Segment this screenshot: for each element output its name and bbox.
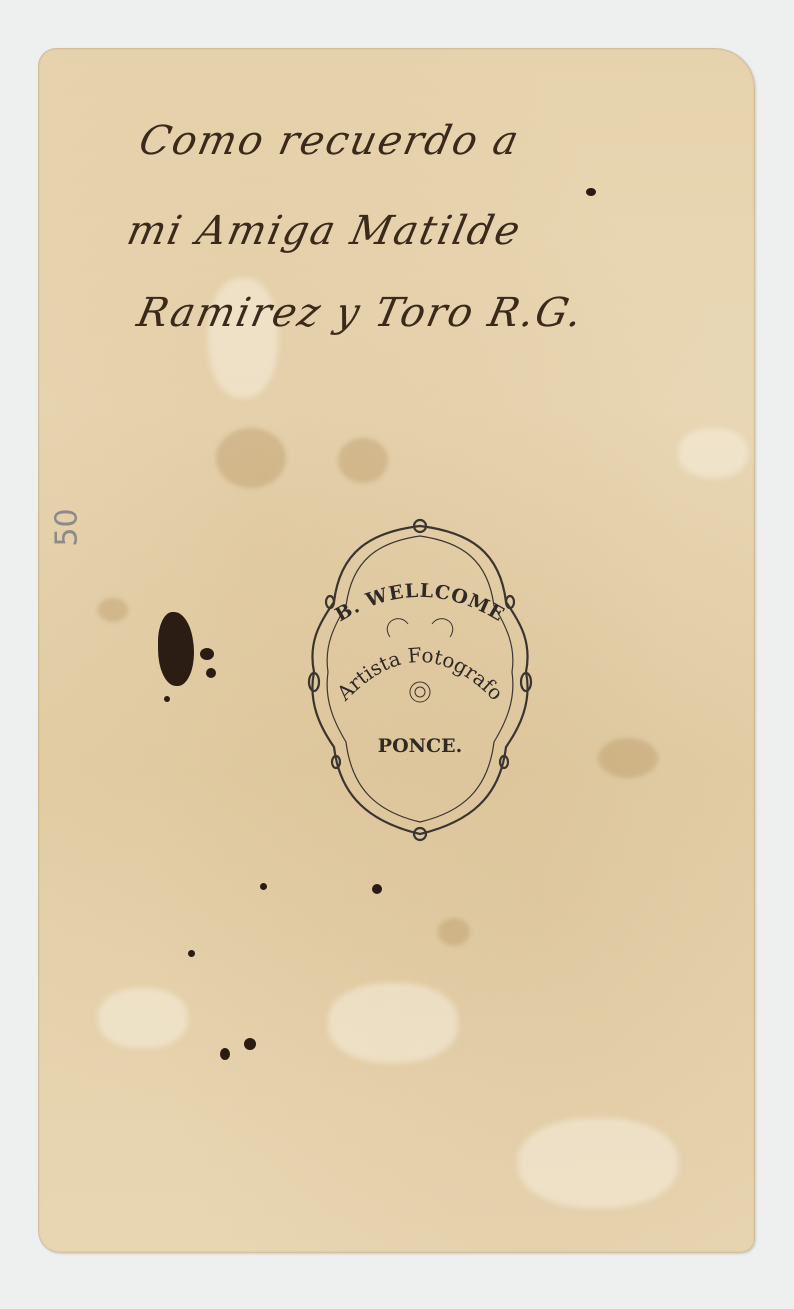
scuff: [98, 988, 188, 1048]
ink-spot: [220, 1048, 230, 1060]
ink-spot: [586, 188, 596, 196]
scuff: [518, 1118, 678, 1208]
stamp-middle-text: Artista Fotografo: [331, 643, 508, 706]
stain: [98, 598, 128, 622]
svg-text:B. WELLCOME: B. WELLCOME: [332, 580, 509, 626]
svg-text:Artista Fotografo: Artista Fotografo: [331, 643, 508, 706]
ink-blot: [158, 612, 194, 686]
ink-spot: [260, 883, 267, 890]
photographer-stamp: B. WELLCOME Artista Fotografo PONCE.: [300, 512, 540, 848]
scuff: [328, 983, 458, 1063]
ink-spot: [164, 696, 170, 702]
ornamental-frame-icon: B. WELLCOME Artista Fotografo PONCE.: [300, 512, 540, 848]
ink-spot: [188, 950, 195, 957]
stamp-top-text: B. WELLCOME: [332, 580, 509, 626]
stain: [338, 438, 388, 483]
ink-spot: [206, 668, 216, 678]
stain: [598, 738, 658, 778]
pencil-mark: 50: [50, 508, 85, 546]
stain: [438, 918, 470, 946]
scuff: [678, 428, 748, 478]
inscription-line-2: mi Amiga Matilde: [123, 208, 526, 254]
ink-spot: [372, 884, 382, 894]
stamp-bottom-text: PONCE.: [378, 735, 462, 757]
inscription-line-3: Ramirez y Toro R.G.: [133, 290, 588, 336]
ink-spot: [200, 648, 214, 660]
stain: [216, 428, 286, 488]
inscription-line-1: Como recuerdo a: [135, 118, 524, 164]
ink-spot: [244, 1038, 256, 1050]
